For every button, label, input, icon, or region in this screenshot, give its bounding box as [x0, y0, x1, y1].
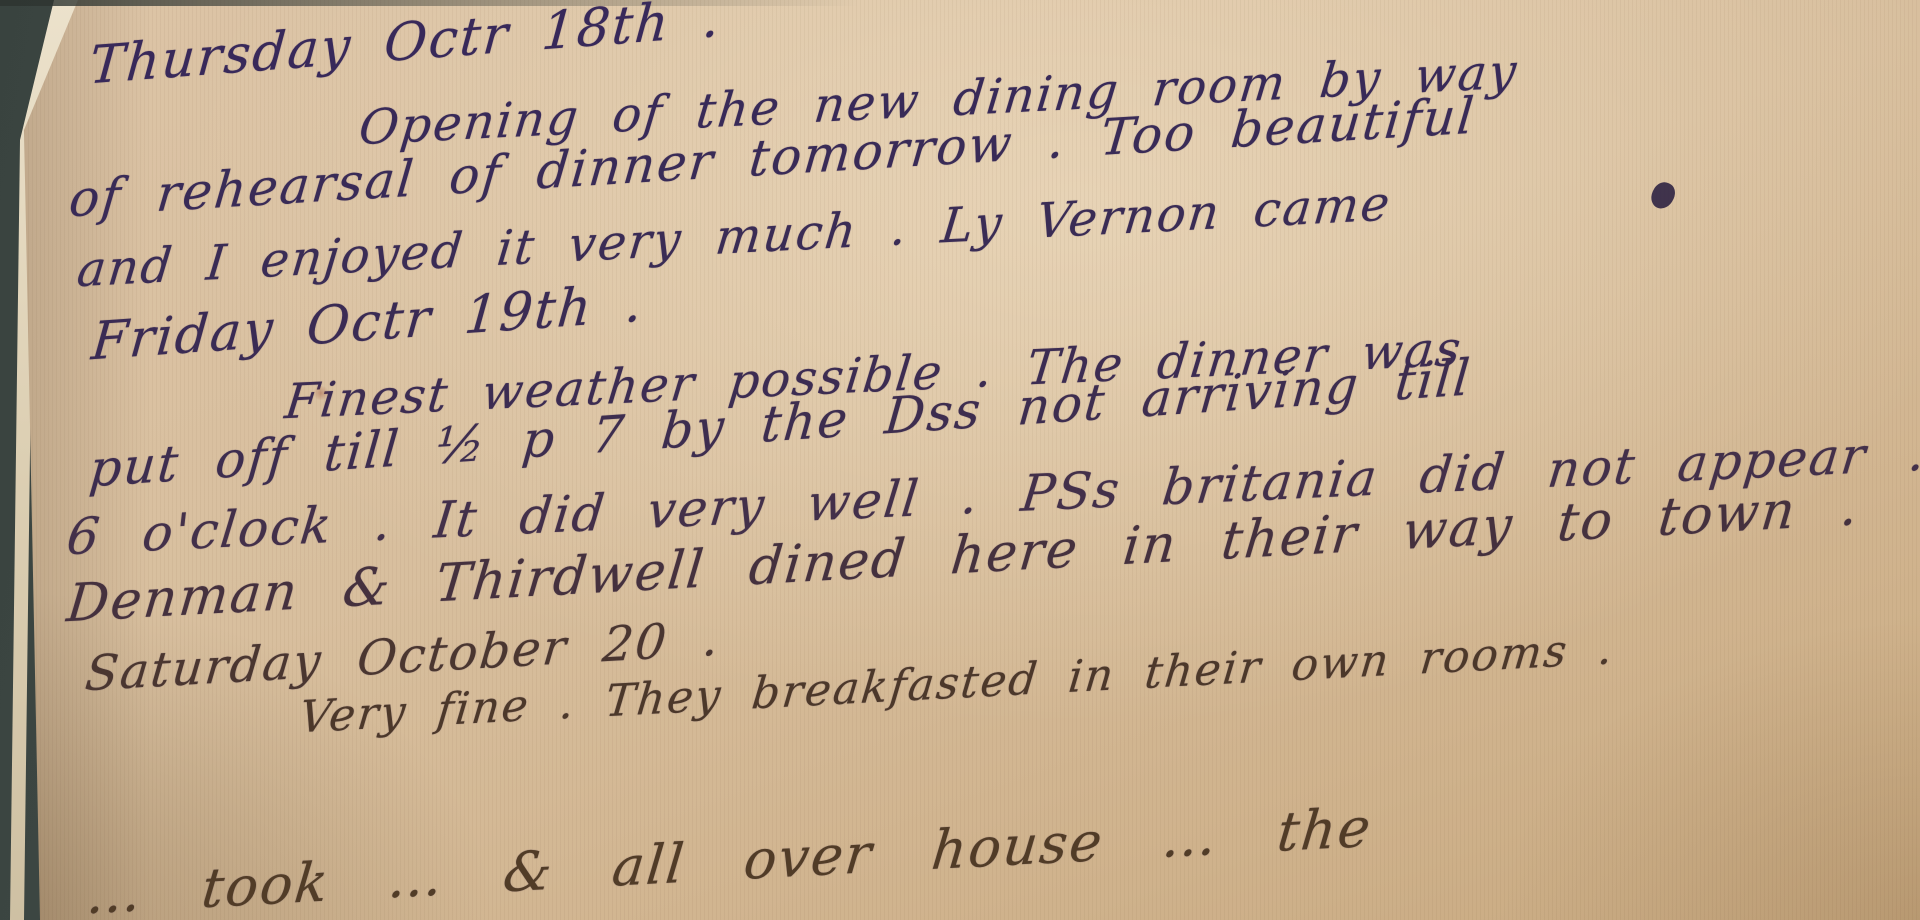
paper-stain — [312, 386, 330, 400]
manuscript-photo: Thursday Octr 18th . Opening of the new … — [0, 0, 1920, 920]
page-top-edge-shadow — [0, 0, 860, 6]
